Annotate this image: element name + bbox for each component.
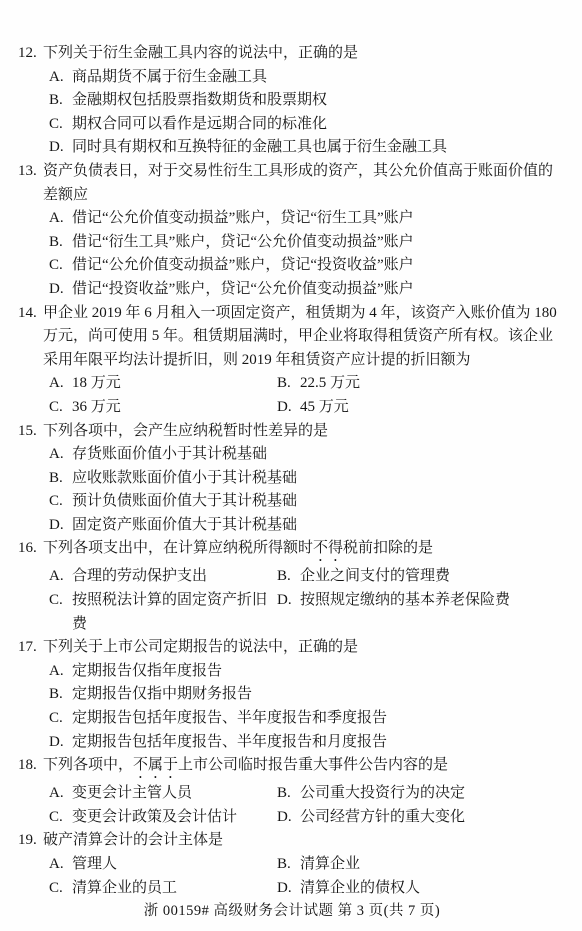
question-number: 19.	[18, 829, 43, 853]
option-label: B.	[277, 372, 300, 396]
option-label: D.	[277, 877, 300, 901]
question-stem-row: 13. 资产负债表日，对于交易性衍生工具形成的资产，其公允价值高于账面价值的差额…	[18, 160, 566, 207]
question-15: 15. 下列各项中，会产生应纳税暂时性差异的是 A. 存货账面价值小于其计税基础…	[18, 420, 566, 538]
option-row: D. 同时具有期权和互换特征的金融工具也属于衍生金融工具	[49, 136, 566, 160]
option-label: B.	[49, 231, 72, 255]
option-row: B. 借记“衍生工具”账户，贷记“公允价值变动损益”账户	[49, 231, 566, 255]
option-row: D. 固定资产账面价值大于其计税基础	[49, 514, 566, 538]
question-18: 18. 下列各项中，不属于上市公司临时报告重大事件公告内容的是 A. 变更会计主…	[18, 754, 566, 829]
option-label: B.	[49, 89, 72, 113]
option-row: A. 商品期货不属于衍生金融工具	[49, 66, 566, 90]
option-text: 清算企业的债权人	[300, 877, 566, 901]
option-label: C.	[49, 877, 72, 901]
option-row: D. 清算企业的债权人	[277, 877, 566, 901]
option-label: B.	[277, 565, 300, 589]
option-label: C.	[49, 490, 72, 514]
option-text: 商品期货不属于衍生金融工具	[72, 66, 566, 90]
option-row: B. 定期报告仅指中期财务报告	[49, 683, 566, 707]
question-number: 13.	[18, 160, 43, 207]
option-label: A.	[49, 853, 72, 877]
option-text: 清算企业	[300, 853, 566, 877]
option-text: 变更会计主管人员	[72, 782, 277, 806]
options-list: A. 借记“公允价值变动损益”账户，贷记“衍生工具”账户 B. 借记“衍生工具”…	[49, 207, 566, 301]
option-label: C.	[49, 396, 72, 420]
option-label: D.	[49, 514, 72, 538]
options-list: A. 合理的劳动保护支出 B. 企业之间支付的管理费 C. 按照税法计算的固定资…	[49, 565, 566, 636]
option-text: 按照税法计算的固定资产折旧费	[72, 589, 277, 636]
option-label: B.	[49, 467, 72, 491]
option-label: C.	[49, 254, 72, 278]
option-label: C.	[49, 806, 72, 830]
option-text: 期权合同可以看作是远期合同的标准化	[72, 113, 566, 137]
option-text: 预计负债账面价值大于其计税基础	[72, 490, 566, 514]
question-stem-row: 19. 破产清算会计的会计主体是	[18, 829, 566, 853]
option-label: B.	[277, 853, 300, 877]
option-row: B. 22.5 万元	[277, 372, 566, 396]
stem-text: 上市公司临时报告重大事件公告内容的是	[178, 757, 448, 773]
option-text: 36 万元	[72, 396, 277, 420]
option-row: B. 清算企业	[277, 853, 566, 877]
question-stem: 下列各项中，会产生应纳税暂时性差异的是	[43, 420, 566, 444]
option-text: 存货账面价值小于其计税基础	[72, 443, 566, 467]
option-label: C.	[49, 707, 72, 731]
option-text: 借记“公允价值变动损益”账户，贷记“投资收益”账户	[72, 254, 566, 278]
option-label: A.	[49, 443, 72, 467]
option-label: A.	[49, 660, 72, 684]
option-row: D. 定期报告包括年度报告、半年度报告和月度报告	[49, 731, 566, 755]
question-14: 14. 甲企业 2019 年 6 月租入一项固定资产，租赁期为 4 年，该资产入…	[18, 302, 566, 420]
options-list: A. 18 万元 B. 22.5 万元 C. 36 万元 D. 45 万元	[49, 372, 566, 419]
option-label: B.	[49, 683, 72, 707]
option-text: 清算企业的员工	[72, 877, 277, 901]
options-list: A. 定期报告仅指年度报告 B. 定期报告仅指中期财务报告 C. 定期报告包括年…	[49, 660, 566, 754]
question-stem: 下列各项中，不属于上市公司临时报告重大事件公告内容的是	[43, 754, 566, 782]
option-text: 18 万元	[72, 372, 277, 396]
option-row: A. 定期报告仅指年度报告	[49, 660, 566, 684]
page-footer: 浙 00159# 高级财务会计试题 第 3 页(共 7 页)	[18, 900, 566, 924]
option-row: D. 借记“投资收益”账户，贷记“公允价值变动损益”账户	[49, 278, 566, 302]
question-stem: 破产清算会计的会计主体是	[43, 829, 566, 853]
question-stem: 下列各项支出中，在计算应纳税所得额时不得税前扣除的是	[43, 537, 566, 565]
option-label: B.	[277, 782, 300, 806]
emphasized-text: 不属于	[133, 757, 178, 773]
option-text: 金融期权包括股票指数期货和股票期权	[72, 89, 566, 113]
option-row: C. 清算企业的员工	[49, 877, 277, 901]
option-text: 定期报告包括年度报告、半年度报告和月度报告	[72, 731, 566, 755]
option-row: A. 管理人	[49, 853, 277, 877]
option-text: 同时具有期权和互换特征的金融工具也属于衍生金融工具	[72, 136, 566, 160]
question-number: 15.	[18, 420, 43, 444]
options-list: A. 变更会计主管人员 B. 公司重大投资行为的决定 C. 变更会计政策及会计估…	[49, 782, 566, 829]
option-text: 45 万元	[300, 396, 566, 420]
question-13: 13. 资产负债表日，对于交易性衍生工具形成的资产，其公允价值高于账面价值的差额…	[18, 160, 566, 302]
stem-text: 下列各项中，	[43, 757, 133, 773]
option-text: 企业之间支付的管理费	[300, 565, 566, 589]
option-row: B. 企业之间支付的管理费	[277, 565, 566, 589]
question-stem: 下列关于上市公司定期报告的说法中，正确的是	[43, 636, 566, 660]
question-stem: 资产负债表日，对于交易性衍生工具形成的资产，其公允价值高于账面价值的差额应	[43, 160, 566, 207]
option-row: A. 存货账面价值小于其计税基础	[49, 443, 566, 467]
question-17: 17. 下列关于上市公司定期报告的说法中，正确的是 A. 定期报告仅指年度报告 …	[18, 636, 566, 754]
emphasized-text: 不得	[313, 540, 343, 556]
option-label: D.	[49, 136, 72, 160]
option-row: C. 借记“公允价值变动损益”账户，贷记“投资收益”账户	[49, 254, 566, 278]
option-row: B. 公司重大投资行为的决定	[277, 782, 566, 806]
option-label: D.	[49, 731, 72, 755]
exam-page: 12. 下列关于衍生金融工具内容的说法中，正确的是 A. 商品期货不属于衍生金融…	[0, 0, 582, 931]
option-label: D.	[277, 589, 300, 636]
options-list: A. 管理人 B. 清算企业 C. 清算企业的员工 D. 清算企业的债权人	[49, 853, 566, 900]
option-label: C.	[49, 113, 72, 137]
option-label: A.	[49, 372, 72, 396]
option-row: A. 变更会计主管人员	[49, 782, 277, 806]
option-row: A. 借记“公允价值变动损益”账户，贷记“衍生工具”账户	[49, 207, 566, 231]
option-text: 22.5 万元	[300, 372, 566, 396]
question-16: 16. 下列各项支出中，在计算应纳税所得额时不得税前扣除的是 A. 合理的劳动保…	[18, 537, 566, 636]
option-row: A. 18 万元	[49, 372, 277, 396]
option-text: 公司重大投资行为的决定	[300, 782, 566, 806]
question-stem-row: 16. 下列各项支出中，在计算应纳税所得额时不得税前扣除的是	[18, 537, 566, 565]
option-row: C. 预计负债账面价值大于其计税基础	[49, 490, 566, 514]
option-row: B. 应收账款账面价值小于其计税基础	[49, 467, 566, 491]
option-label: D.	[277, 396, 300, 420]
option-row: A. 合理的劳动保护支出	[49, 565, 277, 589]
option-label: D.	[49, 278, 72, 302]
question-stem-row: 17. 下列关于上市公司定期报告的说法中，正确的是	[18, 636, 566, 660]
option-text: 定期报告包括年度报告、半年度报告和季度报告	[72, 707, 566, 731]
option-label: A.	[49, 66, 72, 90]
option-text: 定期报告仅指年度报告	[72, 660, 566, 684]
question-stem: 下列关于衍生金融工具内容的说法中，正确的是	[43, 42, 566, 66]
option-label: A.	[49, 782, 72, 806]
option-text: 公司经营方针的重大变化	[300, 806, 566, 830]
stem-text: 下列各项支出中，在计算应纳税所得额时	[43, 540, 313, 556]
question-number: 14.	[18, 302, 43, 373]
option-label: A.	[49, 565, 72, 589]
option-label: D.	[277, 806, 300, 830]
question-stem: 甲企业 2019 年 6 月租入一项固定资产，租赁期为 4 年，该资产入账价值为…	[43, 302, 566, 373]
option-text: 借记“投资收益”账户，贷记“公允价值变动损益”账户	[72, 278, 566, 302]
question-stem-row: 18. 下列各项中，不属于上市公司临时报告重大事件公告内容的是	[18, 754, 566, 782]
option-row: C. 定期报告包括年度报告、半年度报告和季度报告	[49, 707, 566, 731]
stem-text: 税前扣除的是	[343, 540, 433, 556]
question-stem-row: 15. 下列各项中，会产生应纳税暂时性差异的是	[18, 420, 566, 444]
question-stem-row: 14. 甲企业 2019 年 6 月租入一项固定资产，租赁期为 4 年，该资产入…	[18, 302, 566, 373]
option-text: 应收账款账面价值小于其计税基础	[72, 467, 566, 491]
question-stem-row: 12. 下列关于衍生金融工具内容的说法中，正确的是	[18, 42, 566, 66]
option-row: C. 期权合同可以看作是远期合同的标准化	[49, 113, 566, 137]
question-12: 12. 下列关于衍生金融工具内容的说法中，正确的是 A. 商品期货不属于衍生金融…	[18, 42, 566, 160]
question-number: 16.	[18, 537, 43, 565]
option-row: C. 按照税法计算的固定资产折旧费	[49, 589, 277, 636]
option-text: 借记“公允价值变动损益”账户，贷记“衍生工具”账户	[72, 207, 566, 231]
question-number: 17.	[18, 636, 43, 660]
option-row: B. 金融期权包括股票指数期货和股票期权	[49, 89, 566, 113]
question-number: 18.	[18, 754, 43, 782]
option-text: 借记“衍生工具”账户，贷记“公允价值变动损益”账户	[72, 231, 566, 255]
question-number: 12.	[18, 42, 43, 66]
option-row: D. 公司经营方针的重大变化	[277, 806, 566, 830]
options-list: A. 存货账面价值小于其计税基础 B. 应收账款账面价值小于其计税基础 C. 预…	[49, 443, 566, 537]
option-text: 合理的劳动保护支出	[72, 565, 277, 589]
question-19: 19. 破产清算会计的会计主体是 A. 管理人 B. 清算企业 C. 清算企业的…	[18, 829, 566, 900]
option-text: 按照规定缴纳的基本养老保险费	[300, 589, 566, 636]
option-text: 管理人	[72, 853, 277, 877]
options-list: A. 商品期货不属于衍生金融工具 B. 金融期权包括股票指数期货和股票期权 C.…	[49, 66, 566, 160]
option-row: C. 变更会计政策及会计估计	[49, 806, 277, 830]
option-label: C.	[49, 589, 72, 636]
option-label: A.	[49, 207, 72, 231]
option-row: D. 45 万元	[277, 396, 566, 420]
option-row: C. 36 万元	[49, 396, 277, 420]
option-text: 定期报告仅指中期财务报告	[72, 683, 566, 707]
option-text: 变更会计政策及会计估计	[72, 806, 277, 830]
option-row: D. 按照规定缴纳的基本养老保险费	[277, 589, 566, 636]
option-text: 固定资产账面价值大于其计税基础	[72, 514, 566, 538]
